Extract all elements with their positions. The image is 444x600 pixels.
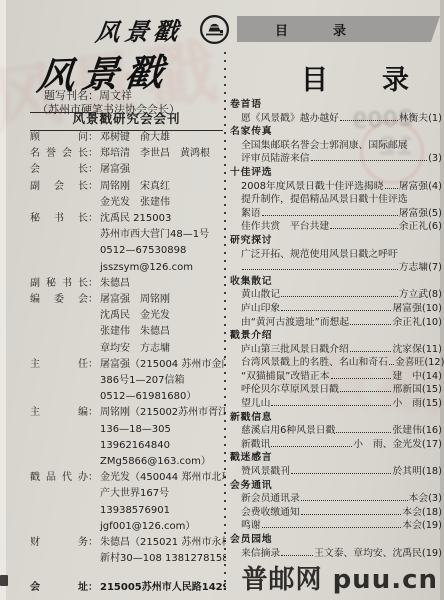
staff-value-line: 沈禹民 金光发 <box>100 308 226 324</box>
toc-entry-author-page: 邢新国(15) <box>392 383 442 397</box>
staff-value-line: 屠富强（215004 苏州市金门路 <box>100 357 226 373</box>
staff-colon: ： <box>88 535 100 551</box>
toc-row: 新戳讯 小 雨、金光发(17) <box>230 438 442 452</box>
journal-subtitle: 风景戳研究会会刊 <box>30 109 223 131</box>
staff-value-line: 朱德昌（215021 苏州市永林 <box>100 535 226 551</box>
staff-row: 秘书长 ： 沈禹民 215003苏州市西大营门48—1号0512—6753089… <box>30 211 226 276</box>
toc-entry-author-page: 於其明(18) <box>392 465 442 479</box>
toc-entry-author-page: 张建伟(16) <box>392 424 442 438</box>
staff-directory: 顾问 ： 邓树键 俞大雄 名誉会长 ： 郑培清 李世昌 黄鸿根 会长 ： 屠富强… <box>30 130 226 597</box>
toc-row: 研究探讨 <box>230 234 442 248</box>
staff-value-line: 136—18—305 <box>100 422 226 438</box>
staff-value-line: 0512—67530898 <box>100 243 226 259</box>
toc-entry-title: 提升制作，提倡精品风景日戳十佳评选 <box>230 193 408 207</box>
staff-label: 主编 <box>30 405 88 421</box>
toc-entry-title: 呼伦贝尔草原风景日戳 <box>230 383 339 397</box>
toc-row: 庐山印象 屠富强(10) <box>230 302 442 316</box>
staff-label: 副秘书长 <box>30 276 88 292</box>
staff-row: 名誉会长 ： 郑培清 李世昌 黄鸿根 <box>30 146 226 162</box>
staff-colon: ： <box>88 470 100 486</box>
scan-edge-mark <box>0 575 8 586</box>
toc-row: 十佳评选 <box>230 166 442 180</box>
toc-entry-author-page: 余正礼(10) <box>392 316 442 330</box>
toc-row: 望儿山 小 雨(15) <box>230 397 442 411</box>
toc-entry-author-page: 余正礼(6) <box>399 220 442 234</box>
staff-value-line: jgf001@126.com） <box>100 519 226 535</box>
toc-entry-author-page: 屠富强(4) <box>399 180 442 194</box>
staff-row: 顾问 ： 邓树键 俞大雄 <box>30 130 226 146</box>
staff-values: 郑培清 李世昌 黄鸿根 <box>100 146 226 162</box>
staff-row: 会址 ： 215005苏州市人民路1429号 <box>30 580 226 596</box>
toc-entry-title: 戳迷感言 <box>230 451 272 465</box>
toc-dot-leader <box>271 439 352 447</box>
toc-entry-title: 评审员陆游来信 <box>230 152 310 166</box>
toc-row: 黄山散记 方立武(8) <box>230 288 442 302</box>
staff-values: 屠富强 <box>100 162 226 178</box>
staff-colon: ： <box>88 146 100 162</box>
toc-entry-title: 会费收缴通知 <box>230 506 300 520</box>
toc-dot-leader <box>336 426 391 434</box>
staff-label: 戳品代办 <box>30 470 88 486</box>
toc-entry-title: 会员园地 <box>230 533 272 547</box>
site-watermark: 普邮网 puu.cn <box>242 559 438 596</box>
staff-value-line: 0512—61981680） <box>100 389 226 405</box>
toc-row: “双猫捕鼠”改错正本 建 中(14) <box>230 370 442 384</box>
toc-dot-leader <box>262 521 402 529</box>
staff-label: 财务 <box>30 535 88 551</box>
toc-entry-title: 鸣谢 <box>230 519 261 533</box>
staff-values: 沈禹民 215003苏州市西大营门48—1号0512—67530898jsszs… <box>100 211 226 276</box>
toc-entry-title: 庐山印象 <box>230 302 280 316</box>
staff-value-line: 苏州市西大营门48—1号 <box>100 227 226 243</box>
staff-label: 会长 <box>30 162 88 178</box>
toc-entry-author-page: 本会(19) <box>402 519 442 533</box>
toc-entry-author-page: 本会(18) <box>402 506 442 520</box>
toc-row: 戳景介绍 <box>230 329 442 343</box>
staff-value-line: 邓树键 俞大雄 <box>100 130 226 146</box>
staff-label: 顾问 <box>30 130 88 146</box>
staff-row: 主任 ： 屠富强（215004 苏州市金门路386号1—207信箱0512—61… <box>30 357 226 406</box>
toc-entry-author-page: 屠富强(10) <box>392 302 442 316</box>
staff-value-line: 朱德昌 <box>100 276 226 292</box>
toc-list: 卷首语 愿《风景戳》越办越好 林衡夫(1) 名家传真 全国集邮联名誉会士郭润康、… <box>230 98 442 560</box>
toc-entry-title: 广泛开拓、规范使用风景日戳之呼吁 <box>230 248 398 262</box>
toc-dot-leader <box>301 507 402 515</box>
staff-label: 主任 <box>30 357 88 373</box>
staff-row: 主编 ： 周铭刚（215002苏州市胥江路136—18—305139621648… <box>30 405 226 470</box>
staff-values: 屠富强（215004 苏州市金门路386号1—207信箱0512—6198168… <box>100 357 226 406</box>
staff-values: 215005苏州市人民路1429号 <box>100 580 226 596</box>
toc-entry-author-page: 金喜旺(12) <box>395 356 444 370</box>
scanned-page: 风景戳 风景戳 2009 12 风景戳 目 录 风景戳 题写刊名：周文祥 （苏州… <box>0 0 444 600</box>
staff-value-line: ZMg5866@163.com） <box>100 454 226 470</box>
staff-value-line: 215005苏州市人民路1429号 <box>100 580 226 596</box>
staff-label: 编委会 <box>30 292 88 308</box>
toc-row: 名家传真 <box>230 125 442 139</box>
toc-dot-leader <box>291 466 392 474</box>
toc-entry-title: 慈溪启用6种风景日戳 <box>230 424 335 438</box>
toc-entry-title: 研究探讨 <box>230 234 272 248</box>
staff-colon: ： <box>88 211 100 227</box>
staff-value-line: 张建伟 朱德昌 <box>100 324 226 340</box>
staff-label: 会址 <box>30 580 88 596</box>
staff-values: 金光发（450044 郑州市北环水产大世界167号13938576901jgf0… <box>100 470 226 535</box>
toc-dot-leader <box>340 385 392 393</box>
staff-value-line: 13962164840 <box>100 438 226 454</box>
staff-value-line: 新村30—108 13812781586） <box>100 551 226 567</box>
toc-row: 广泛开拓、规范使用风景日戳之呼吁 <box>230 248 442 262</box>
toc-row: 絮语 屠富强(5) <box>230 207 442 221</box>
toc-entry-author-page: 方志墉(7) <box>399 261 442 275</box>
toc-entry-title: 由“黄河古渡遗址”而想起 <box>230 316 349 330</box>
toc-entry-title: 2008年度风景日戳十佳评选揭晓 <box>230 180 384 194</box>
toc-entry-title: 名家传真 <box>230 125 272 139</box>
staff-value-line: 屠富强 <box>100 162 226 178</box>
staff-row: 会长 ： 屠富强 <box>30 162 226 178</box>
toc-row: 鸣谢 本会(19) <box>230 519 442 533</box>
toc-dot-leader <box>330 222 398 230</box>
toc-row: 台湾风景戳上的名胜、名山和奇石 金喜旺(12) <box>230 356 442 370</box>
staff-colon: ： <box>88 405 100 421</box>
toc-page-title: 目 录 <box>301 58 409 97</box>
staff-value-line: 沈禹民 215003 <box>100 211 226 227</box>
toc-row: 卷首语 <box>230 98 442 112</box>
toc-row: 戳迷感言 <box>230 451 442 465</box>
staff-values: 周铭刚 宋真红金光发 张建伟 <box>100 179 226 211</box>
staff-label: 副会长 <box>30 179 88 195</box>
toc-dot-leader <box>340 113 398 121</box>
toc-dot-leader <box>311 154 428 162</box>
staff-value-line: 周铭刚 宋真红 <box>100 179 226 195</box>
staff-colon: ： <box>88 162 100 178</box>
toc-entry-title: 佳作共赏 平台共建 <box>230 220 329 234</box>
toc-dot-leader <box>271 398 391 406</box>
staff-values: 屠富强 周铭刚沈禹民 金光发张建伟 朱德昌章均安 方志墉 <box>100 292 226 357</box>
toc-dot-leader <box>331 371 392 379</box>
staff-values: 邓树键 俞大雄 <box>100 130 226 146</box>
staff-value-line: 周铭刚（215002苏州市胥江路 <box>100 405 226 421</box>
toc-entry-author-page: 林衡夫(1) <box>399 112 442 126</box>
toc-row: 呼伦贝尔草原风景日戳 邢新国(15) <box>230 383 442 397</box>
toc-entry-title: 望儿山 <box>230 397 270 411</box>
staff-values: 朱德昌 <box>100 276 226 292</box>
toc-row: 全国集邮联名誉会士郭润康、国际邮展 <box>230 139 442 153</box>
toc-entry-title: 戳景介绍 <box>230 329 272 343</box>
toc-entry-author-page: 本会(3) <box>409 492 442 506</box>
toc-row: 会员园地 <box>230 533 442 547</box>
toc-entry-title: 收集散记 <box>230 275 272 289</box>
toc-entry-title: 赞风景戳刊 <box>230 465 290 479</box>
toc-row: 庐山第三批风景日戳介绍 沈家保(11) <box>230 343 442 357</box>
staff-row: 戳品代办 ： 金光发（450044 郑州市北环水产大世界167号13938576… <box>30 470 226 535</box>
toc-entry-title: 台湾风景戳上的名胜、名山和奇石 <box>230 356 388 370</box>
staff-colon: ： <box>88 276 100 292</box>
toc-dot-leader <box>281 303 391 311</box>
staff-values: 周铭刚（215002苏州市胥江路136—18—30513962164840ZMg… <box>100 405 226 470</box>
staff-row: 财务 ： 朱德昌（215021 苏州市永林新村30—108 1381278158… <box>30 535 226 567</box>
toc-row: 新会员通讯录 本会(3) <box>230 492 442 506</box>
scan-left-edge <box>0 0 6 600</box>
staff-colon: ： <box>88 580 100 596</box>
toc-row: 会务通讯 <box>230 479 442 493</box>
staff-colon: ： <box>88 179 100 195</box>
toc-entry-author-page: 屠富强(5) <box>399 207 442 221</box>
toc-row: 提升制作，提倡精品风景日戳十佳评选 <box>230 193 442 207</box>
toc-entry-title: 会务通讯 <box>230 479 272 493</box>
toc-entry-author-page: 方立武(8) <box>399 288 442 302</box>
section-banner: 目 录 <box>237 16 440 42</box>
postmark-stamp-icon <box>199 14 230 45</box>
staff-colon: ： <box>88 292 100 308</box>
staff-row: 副秘书长 ： 朱德昌 <box>30 276 226 292</box>
toc-dot-leader <box>350 317 391 325</box>
staff-label: 秘书长 <box>30 211 88 227</box>
journal-subtitle-label: 风景戳研究会会刊 <box>72 111 180 126</box>
toc-row: 愿《风景戳》越办越好 林衡夫(1) <box>230 112 442 126</box>
toc-row: 慈溪启用6种风景日戳 张建伟(16) <box>230 424 442 438</box>
toc-entry-author-page: (3) <box>428 152 442 166</box>
toc-dot-leader <box>242 262 398 270</box>
toc-entry-title: 新戳信息 <box>230 411 272 425</box>
staff-value-line: 郑培清 李世昌 黄鸿根 <box>100 146 226 162</box>
staff-values: 朱德昌（215021 苏州市永林新村30—108 13812781586） <box>100 535 226 567</box>
toc-dot-leader <box>389 358 394 366</box>
staff-value-line: 屠富强 周铭刚 <box>100 292 226 308</box>
toc-dot-leader <box>281 290 398 298</box>
toc-entry-title: 黄山散记 <box>230 288 280 302</box>
toc-entry-title: 庐山第三批风景日戳介绍 <box>230 343 349 357</box>
staff-value-line: 产大世界167号 <box>100 486 226 502</box>
toc-entry-title: 絮语 <box>230 207 261 221</box>
toc-row: 2008年度风景日戳十佳评选揭晓 屠富强(4) <box>230 180 442 194</box>
staff-value-line: 金光发（450044 郑州市北环水 <box>100 470 226 486</box>
toc-entry-title: 卷首语 <box>230 98 262 112</box>
toc-row: 方志墉(7) <box>230 261 442 275</box>
toc-row: 赞风景戳刊 於其明(18) <box>230 465 442 479</box>
toc-dot-leader <box>262 208 398 216</box>
toc-dot-leader <box>350 344 392 352</box>
toc-entry-author-page: 沈家保(11) <box>392 343 442 357</box>
toc-entry-title: 十佳评选 <box>230 166 272 180</box>
toc-dot-leader <box>385 181 398 189</box>
toc-entry-author-page: 小 雨、金光发(17) <box>353 438 442 452</box>
toc-entry-author-page: 建 中(14) <box>392 370 442 384</box>
toc-entry-title: 新会员通讯录 <box>230 492 300 506</box>
staff-value-line: 章均安 方志墉 <box>100 341 226 357</box>
staff-value-line: 386号1—207信箱 <box>100 373 226 389</box>
staff-row: 编委会 ： 屠富强 周铭刚沈禹民 金光发张建伟 朱德昌章均安 方志墉 <box>30 292 226 357</box>
toc-entry-title: 全国集邮联名誉会士郭润康、国际邮展 <box>230 139 408 153</box>
toc-dot-leader <box>281 548 313 556</box>
toc-row: 佳作共赏 平台共建 余正礼(6) <box>230 220 442 234</box>
toc-entry-title: “双猫捕鼠”改错正本 <box>230 370 330 384</box>
toc-dot-leader <box>301 494 408 502</box>
staff-colon: ： <box>88 130 100 146</box>
toc-entry-title: 新戳讯 <box>230 438 270 452</box>
section-banner-label: 目 录 <box>237 20 362 39</box>
toc-entry-title: 愿《风景戳》越办越好 <box>230 112 339 126</box>
toc-row: 评审员陆游来信 (3) <box>230 152 442 166</box>
staff-row: 副会长 ： 周铭刚 宋真红金光发 张建伟 <box>30 179 226 211</box>
toc-row: 新戳信息 <box>230 411 442 425</box>
staff-value-line: 金光发 张建伟 <box>100 195 226 211</box>
toc-row: 会费收缴通知 本会(18) <box>230 506 442 520</box>
staff-value-line: jsszsym@126.com <box>100 260 226 276</box>
staff-value-line: 13938576901 <box>100 503 226 519</box>
toc-row: 由“黄河古渡遗址”而想起 余正礼(10) <box>230 316 442 330</box>
toc-entry-author-page: 小 雨(15) <box>392 397 442 411</box>
staff-label: 名誉会长 <box>30 146 88 162</box>
staff-colon: ： <box>88 357 100 373</box>
toc-row: 收集散记 <box>230 275 442 289</box>
